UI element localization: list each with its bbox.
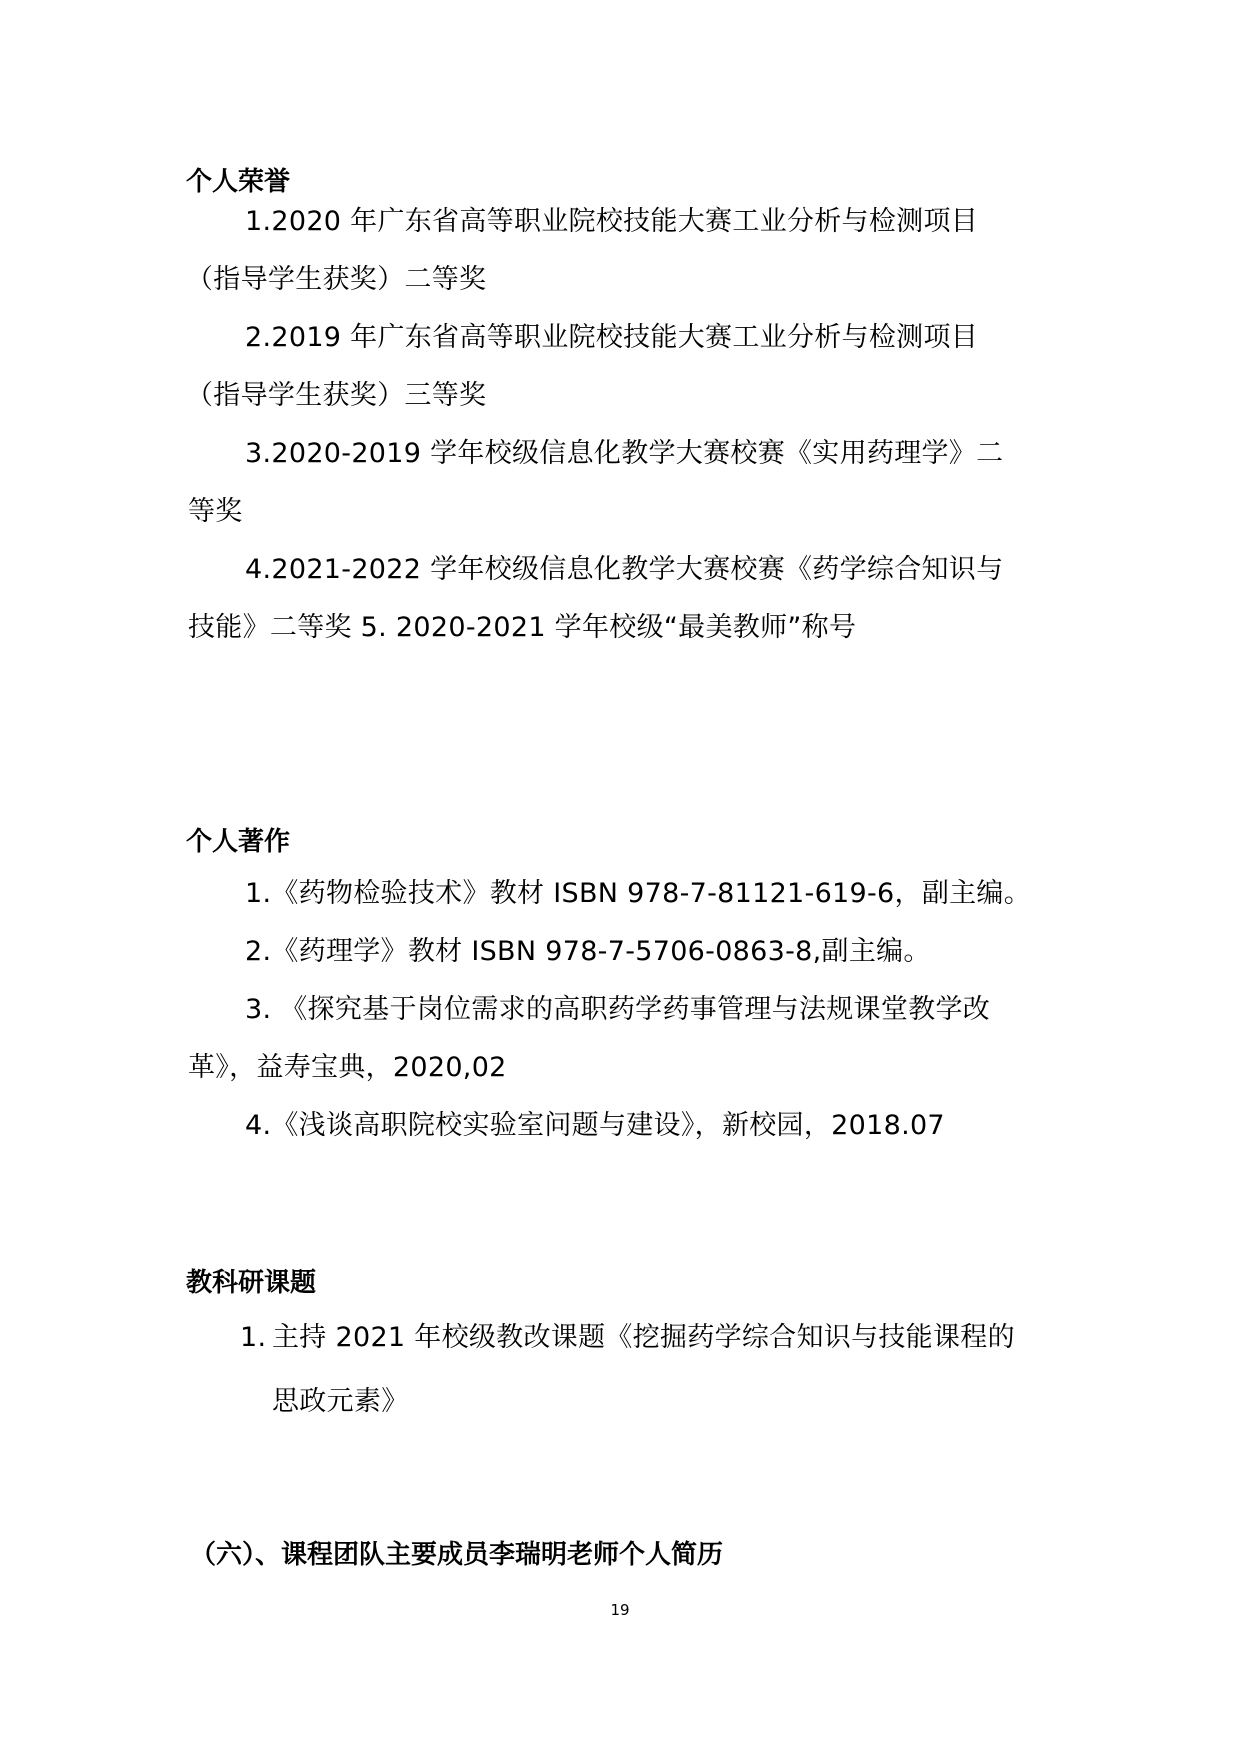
document-page: 个人荣誉 1.2020 年广东省高等职业院校技能大赛工业分析与检测项目 （指导学… — [0, 0, 1240, 1753]
honor-line: 技能》二等奖 5. 2020-2021 学年校级“最美教师”称号 — [188, 611, 856, 645]
honor-line: 等奖 — [188, 495, 243, 529]
page-number: 19 — [0, 1600, 1240, 1620]
publication-line: 3. 《探究基于岗位需求的高职药学药事管理与法规课堂教学改 — [245, 993, 990, 1027]
research-line: 主持 2021 年校级教改课题《挖掘药学综合知识与技能课程的 — [272, 1321, 1015, 1355]
publication-line: 2.《药理学》教材 ISBN 978-7-5706-0863-8,副主编。 — [245, 935, 931, 969]
honor-line: （指导学生获奖）二等奖 — [186, 263, 486, 297]
publication-line: 4.《浅谈高职院校实验室问题与建设》，新校园，2018.07 — [245, 1109, 945, 1143]
research-heading: 教科研课题 — [186, 1267, 316, 1299]
publication-line: 1.《药物检验技术》教材 ISBN 978-7-81121-619-6，副主编。 — [245, 877, 1031, 911]
honor-line: （指导学生获奖）三等奖 — [186, 379, 486, 413]
publications-heading: 个人著作 — [186, 826, 290, 858]
research-item-number: 1. — [240, 1321, 266, 1355]
research-line: 思政元素》 — [272, 1385, 409, 1419]
honor-line: 2.2019 年广东省高等职业院校技能大赛工业分析与检测项目 — [245, 321, 978, 355]
honor-line: 1.2020 年广东省高等职业院校技能大赛工业分析与检测项目 — [245, 205, 978, 239]
honor-line: 4.2021-2022 学年校级信息化教学大赛校赛《药学综合知识与 — [245, 553, 1003, 587]
honor-line: 3.2020-2019 学年校级信息化教学大赛校赛《实用药理学》二 — [245, 437, 1003, 471]
publication-line: 革》，益寿宝典，2020,02 — [188, 1051, 507, 1085]
honors-heading: 个人荣誉 — [186, 166, 290, 198]
next-section-heading: （六）、课程团队主要成员李瑞明老师个人简历 — [190, 1539, 723, 1571]
